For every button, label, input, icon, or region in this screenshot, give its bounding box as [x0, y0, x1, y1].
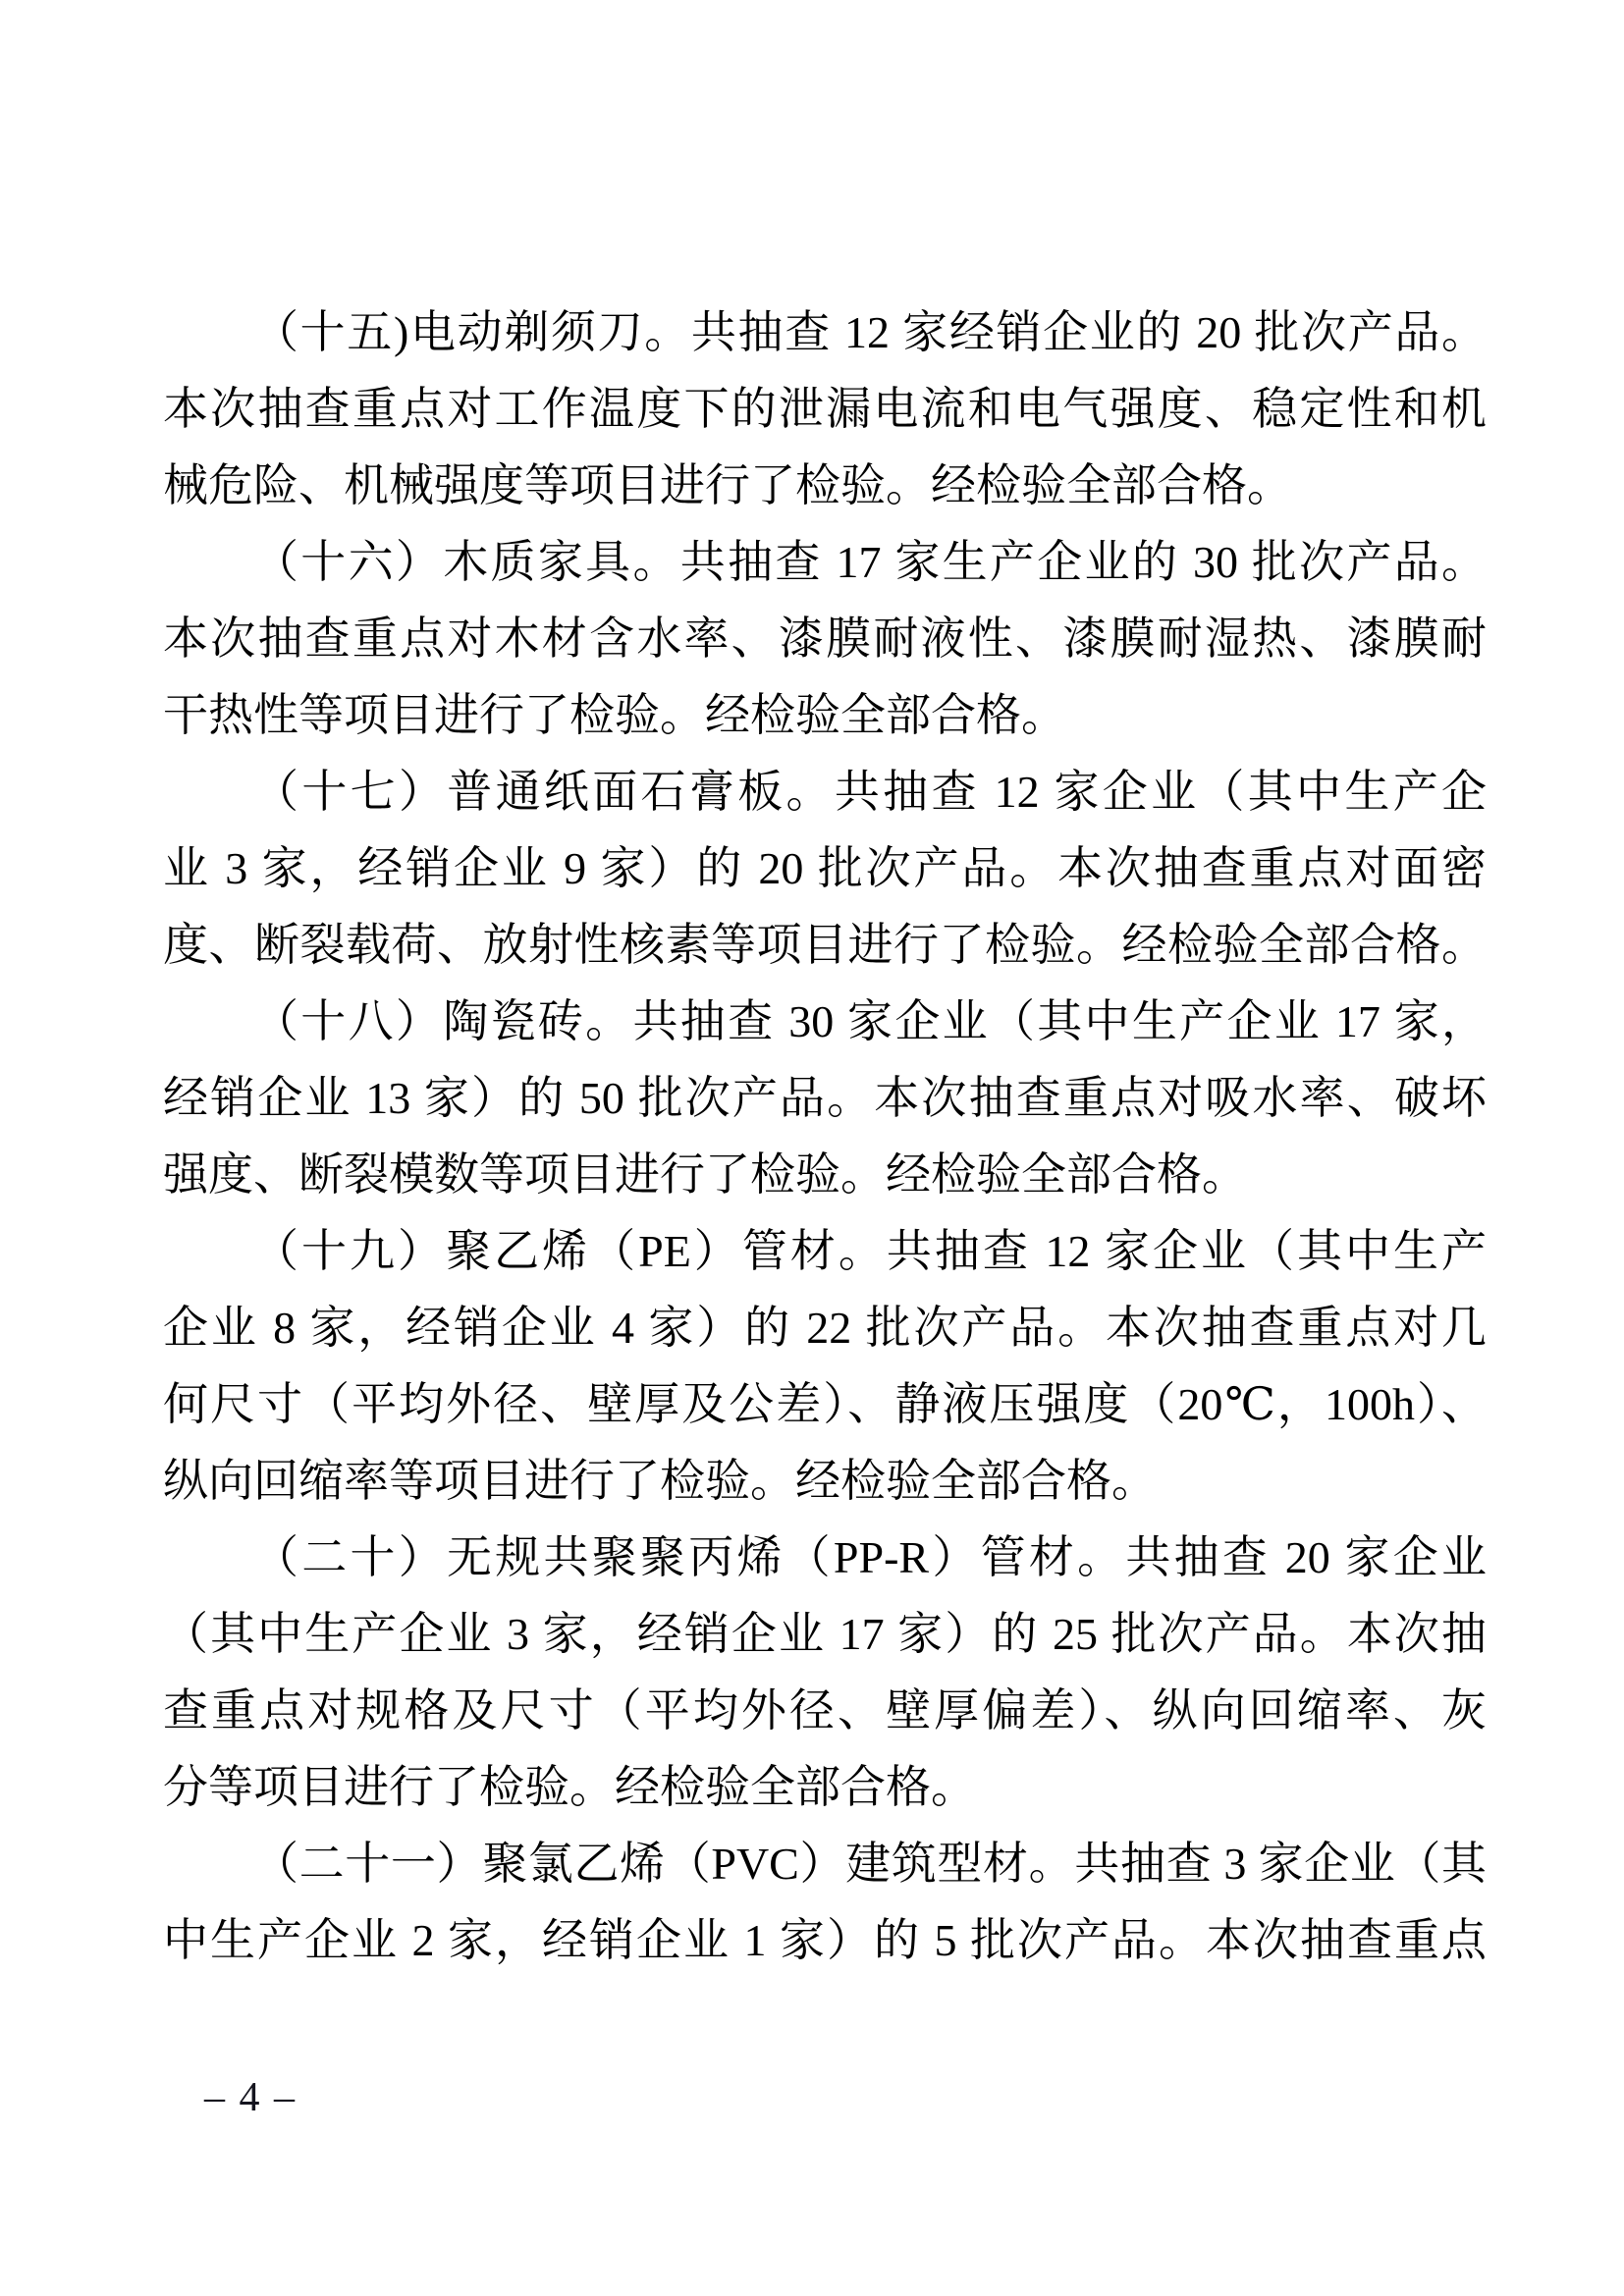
product-name: 聚氯乙烯（PVC）建筑型材 — [482, 1839, 1028, 1889]
text-line: （十六）木质家具。共抽查 17 家生产企业的 30 批次产品。 — [163, 524, 1487, 601]
page-number: – 4 – — [204, 2073, 297, 2122]
line-text: 。共抽查 12 家企业（其中生产企 — [786, 767, 1487, 817]
line-text: 。共抽查 30 家企业（其中生产企业 17 家， — [585, 996, 1487, 1046]
line-text: 。共抽查 12 家经销企业的 20 批次产品。 — [644, 307, 1487, 357]
line-text: 。共抽查 12 家企业（其中生产 — [839, 1226, 1487, 1276]
item-number: （二十） — [253, 1532, 447, 1582]
text-line: 强度、断裂模数等项目进行了检验。经检验全部合格。 — [163, 1137, 1487, 1213]
text-line: （二十一）聚氯乙烯（PVC）建筑型材。共抽查 3 家企业（其 — [163, 1826, 1487, 1902]
text-line: 械危险、机械强度等项目进行了检验。经检验全部合格。 — [163, 448, 1487, 524]
item-number: （十七） — [253, 767, 447, 817]
text-line: 干热性等项目进行了检验。经检验全部合格。 — [163, 677, 1487, 754]
text-line: 本次抽查重点对木材含水率、漆膜耐液性、漆膜耐湿热、漆膜耐 — [163, 601, 1487, 677]
text-line: 纵向回缩率等项目进行了检验。经检验全部合格。 — [163, 1443, 1487, 1520]
item-number: （十八） — [253, 996, 443, 1046]
text-line: 本次抽查重点对工作温度下的泄漏电流和电气强度、稳定性和机 — [163, 371, 1487, 448]
line-text: 。共抽查 20 家企业 — [1077, 1532, 1487, 1582]
product-name: 电动剃须刀 — [408, 307, 644, 357]
text-line: （十九）聚乙烯（PE）管材。共抽查 12 家企业（其中生产 — [163, 1213, 1487, 1290]
paragraph-item-20: （二十）无规共聚聚丙烯（PP-R）管材。共抽查 20 家企业 （其中生产企业 3… — [163, 1520, 1487, 1826]
text-line: 企业 8 家，经销企业 4 家）的 22 批次产品。本次抽查重点对几 — [163, 1290, 1487, 1366]
item-number: （十五) — [253, 307, 408, 357]
text-line: 何尺寸（平均外径、壁厚及公差）、静液压强度（20℃，100h）、 — [163, 1366, 1487, 1443]
text-line: （其中生产企业 3 家，经销企业 17 家）的 25 批次产品。本次抽 — [163, 1596, 1487, 1673]
item-number: （十九） — [253, 1226, 446, 1276]
text-line: 查重点对规格及尺寸（平均外径、壁厚偏差）、纵向回缩率、灰 — [163, 1673, 1487, 1749]
paragraph-item-16: （十六）木质家具。共抽查 17 家生产企业的 30 批次产品。 本次抽查重点对木… — [163, 524, 1487, 754]
product-name: 无规共聚聚丙烯（PP-R）管材 — [447, 1532, 1077, 1582]
paragraph-item-18: （十八）陶瓷砖。共抽查 30 家企业（其中生产企业 17 家， 经销企业 13 … — [163, 984, 1487, 1213]
product-name: 聚乙烯（PE）管材 — [446, 1226, 839, 1276]
text-line: （十八）陶瓷砖。共抽查 30 家企业（其中生产企业 17 家， — [163, 984, 1487, 1060]
paragraph-item-17: （十七）普通纸面石膏板。共抽查 12 家企业（其中生产企 业 3 家，经销企业 … — [163, 754, 1487, 984]
item-number: （二十一） — [253, 1839, 482, 1889]
paragraph-item-15: （十五)电动剃须刀。共抽查 12 家经销企业的 20 批次产品。 本次抽查重点对… — [163, 294, 1487, 524]
line-text: 。共抽查 17 家生产企业的 30 批次产品。 — [632, 537, 1487, 587]
text-line: 分等项目进行了检验。经检验全部合格。 — [163, 1749, 1487, 1826]
product-name: 陶瓷砖 — [443, 996, 585, 1046]
product-name: 木质家具 — [443, 537, 632, 587]
text-line: 业 3 家，经销企业 9 家）的 20 批次产品。本次抽查重点对面密 — [163, 830, 1487, 907]
text-line: 中生产企业 2 家，经销企业 1 家）的 5 批次产品。本次抽查重点 — [163, 1902, 1487, 1979]
item-number: （十六） — [253, 537, 443, 587]
document-page: （十五)电动剃须刀。共抽查 12 家经销企业的 20 批次产品。 本次抽查重点对… — [0, 0, 1624, 2296]
paragraph-item-21: （二十一）聚氯乙烯（PVC）建筑型材。共抽查 3 家企业（其 中生产企业 2 家… — [163, 1826, 1487, 1979]
product-name: 普通纸面石膏板 — [447, 767, 785, 817]
text-line: （二十）无规共聚聚丙烯（PP-R）管材。共抽查 20 家企业 — [163, 1520, 1487, 1596]
line-text: 。共抽查 3 家企业（其 — [1029, 1839, 1487, 1889]
text-line: 经销企业 13 家）的 50 批次产品。本次抽查重点对吸水率、破坏 — [163, 1060, 1487, 1137]
text-line: （十七）普通纸面石膏板。共抽查 12 家企业（其中生产企 — [163, 754, 1487, 830]
document-body: （十五)电动剃须刀。共抽查 12 家经销企业的 20 批次产品。 本次抽查重点对… — [163, 294, 1487, 1979]
paragraph-item-19: （十九）聚乙烯（PE）管材。共抽查 12 家企业（其中生产 企业 8 家，经销企… — [163, 1213, 1487, 1520]
text-line: 度、断裂载荷、放射性核素等项目进行了检验。经检验全部合格。 — [163, 907, 1487, 984]
text-line: （十五)电动剃须刀。共抽查 12 家经销企业的 20 批次产品。 — [163, 294, 1487, 371]
